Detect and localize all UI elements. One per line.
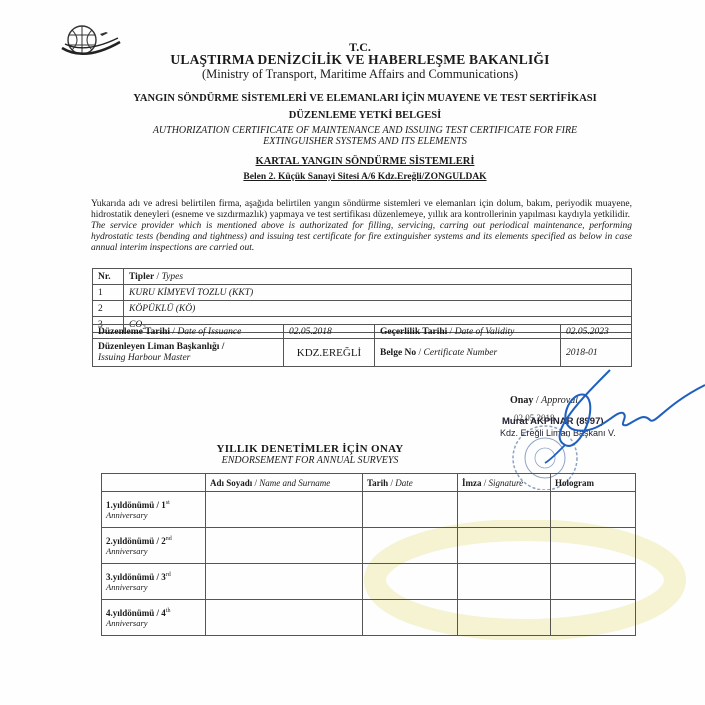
anniversary-label: 1.yıldönümü / 1 [106,500,166,510]
col-signature-tr: İmza [462,478,482,488]
anniversary-label: 2.yıldönümü / 2 [106,536,166,546]
signature-cell [458,492,551,528]
ordinal-suffix: rd [166,572,171,578]
issue-date: 02.05.2018 [284,325,375,339]
signature-cell [458,600,551,636]
signature-cell [458,528,551,564]
paragraph-tr: Yukarıda adı ve adresi belirtilen firma,… [91,199,632,220]
handwritten-signature-icon [505,365,705,465]
endorsement-header: Adı Soyadı / Name and Surname Tarih / Da… [102,474,636,492]
ordinal-suffix: th [166,608,171,614]
endorsement-title-tr: YILLIK DENETİMLER İÇİN ONAY [180,443,440,455]
col-name-tr: Adı Soyadı [210,478,252,488]
date-cell [363,492,458,528]
types-table-header: Nr. Tipler / Types [93,269,632,285]
header-types-tr: Tipler [129,272,154,282]
validity-label-en: Date of Validity [455,327,515,337]
date-cell [363,600,458,636]
signature-cell [458,564,551,600]
harbour-value: KDZ.EREĞLİ [284,339,375,367]
ministry-name-en: (Ministry of Transport, Maritime Affairs… [100,67,620,82]
table-row: 1.yıldönümü / 1stAnniversary [102,492,636,528]
header-empty [102,474,206,492]
col-signature-en: Signature [489,478,524,488]
anniversary-label-en: Anniversary [106,546,201,556]
issue-date-label-en: Date of Issuance [177,327,241,337]
hologram-cell [551,528,636,564]
endorsement-title-en: ENDORSEMENT FOR ANNUAL SURVEYS [180,455,440,466]
header-nr: Nr. [93,269,124,285]
table-row: 1 KURU KİMYEVİ TOZLU (KKT) [93,285,632,301]
firm-address: Belen 2. Küçük Sanayi Sitesi A/6 Kdz.Ere… [80,172,650,182]
cert-label-en: Certificate Number [424,348,498,358]
hologram-cell [551,564,636,600]
anniversary-label-en: Anniversary [106,582,201,592]
harbour-label-tr: Düzenleyen Liman Başkanlığı / [98,342,224,352]
dates-row: Düzenleme Tarihi / Date of Issuance 02.0… [93,325,632,339]
harbour-label-en: Issuing Harbour Master [98,353,190,363]
row-type: KURU KİMYEVİ TOZLU (KKT) [124,285,632,301]
name-cell [206,492,363,528]
row-nr: 1 [93,285,124,301]
harbour-row: Düzenleyen Liman Başkanlığı /Issuing Har… [93,339,632,367]
validity-date: 02.05.2023 [561,325,632,339]
name-cell [206,600,363,636]
validity-label-tr: Geçerlilik Tarihi [380,327,447,337]
row-type: KÖPÜKLÜ (KÖ) [124,301,632,317]
anniversary-label: 4.yıldönümü / 4 [106,608,166,618]
table-row: 2.yıldönümü / 2ndAnniversary [102,528,636,564]
certificate-title-en: AUTHORIZATION CERTIFICATE OF MAINTENANCE… [120,125,610,147]
issue-date-label-tr: Düzenleme Tarihi [98,327,170,337]
table-row: 3.yıldönümü / 3rdAnniversary [102,564,636,600]
col-name-en: Name and Surname [259,478,330,488]
col-hologram: Hologram [555,478,594,488]
name-cell [206,528,363,564]
anniversary-label-en: Anniversary [106,510,201,520]
hologram-cell [551,600,636,636]
certificate-title-tr-line2: DÜZENLEME YETKİ BELGESİ [80,110,650,121]
cert-number: 2018-01 [561,339,632,367]
col-date-en: Date [395,478,413,488]
row-nr: 2 [93,301,124,317]
table-row: 4.yıldönümü / 4thAnniversary [102,600,636,636]
col-date-tr: Tarih [367,478,388,488]
ordinal-suffix: nd [166,536,172,542]
header-types-en: Types [162,272,183,282]
ordinal-suffix: st [166,500,170,506]
certificate-title-tr-line1: YANGIN SÖNDÜRME SİSTEMLERİ VE ELEMANLARI… [80,93,650,104]
cert-label-tr: Belge No [380,348,416,358]
table-row: 2 KÖPÜKLÜ (KÖ) [93,301,632,317]
ministry-name-tr: ULAŞTIRMA DENİZCİLİK VE HABERLEŞME BAKAN… [100,52,620,68]
certificate-meta-table: Düzenleme Tarihi / Date of Issuance 02.0… [92,324,632,367]
date-cell [363,564,458,600]
name-cell [206,564,363,600]
anniversary-label: 3.yıldönümü / 3 [106,572,166,582]
hologram-cell [551,492,636,528]
authorization-paragraph: Yukarıda adı ve adresi belirtilen firma,… [91,199,632,254]
endorsement-table: Adı Soyadı / Name and Surname Tarih / Da… [101,473,636,636]
date-cell [363,528,458,564]
firm-name: KARTAL YANGIN SÖNDÜRME SİSTEMLERİ [80,156,650,167]
paragraph-en: The service provider which is mentioned … [91,221,632,253]
anniversary-label-en: Anniversary [106,618,201,628]
